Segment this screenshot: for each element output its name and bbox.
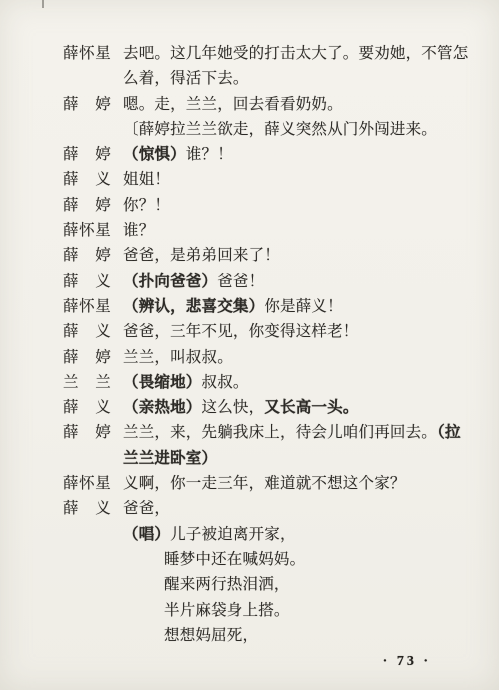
script-line: 半片麻袋身上搭。 xyxy=(63,598,463,623)
line-text: 这么快， xyxy=(202,399,265,416)
speaker-name: 薛 义 xyxy=(63,167,123,192)
dialogue-text: 义啊，你一走三年，难道就不想这个家？ xyxy=(123,471,406,496)
script-line: 薛 婷嗯。走，兰兰，回去看看奶奶。 xyxy=(63,92,463,117)
script-line: （唱）儿子被迫离开家， xyxy=(63,522,463,547)
script-line: 薛 义姐姐！ xyxy=(63,167,463,192)
speaker-name: 薛 义 xyxy=(63,319,123,344)
script-line: 薛 婷兰兰，叫叔叔。 xyxy=(63,345,463,370)
line-text: 爸爸，三年不见，你变得这样老！ xyxy=(123,323,359,340)
scanned-script-page: 薛怀星去吧。这几年她受的打击太大了。要劝她，不管怎么着，得活下去。薛 婷嗯。走，… xyxy=(0,0,499,690)
dialogue-text: （扑向爸爸）爸爸！ xyxy=(123,269,264,294)
speaker-name: 薛 义 xyxy=(63,395,123,420)
script-line: 薛 义（亲热地）这么快，又长高一头。 xyxy=(63,395,463,420)
script-line: 〔薛婷拉兰兰欲走，薛义突然从门外闯进来。 xyxy=(63,117,463,142)
stage-direction-bold-text: （扑向爸爸） xyxy=(123,273,217,290)
dialogue-text: （亲热地）这么快，又长高一头。 xyxy=(123,395,359,420)
line-text: 么着，得活下去。 xyxy=(123,70,249,87)
script-line: 薛怀星谁？ xyxy=(63,218,463,243)
speaker-name: 薛 义 xyxy=(63,496,123,521)
speaker-name: 兰 兰 xyxy=(63,370,123,395)
line-text: 兰兰，叫叔叔。 xyxy=(123,349,233,366)
stage-direction-bold-text: （唱） xyxy=(123,526,170,543)
dialogue-text: 去吧。这几年她受的打击太大了。要劝她，不管怎 xyxy=(123,41,468,66)
dialogue-text: 想想妈屈死， xyxy=(123,623,258,648)
script-line: 兰兰进卧室） xyxy=(63,446,463,471)
script-line: 薛 婷兰兰，来，先躺我床上，待会儿咱们再回去。（拉 xyxy=(63,420,463,445)
dialogue-text: 〔薛婷拉兰兰欲走，薛义突然从门外闯进来。 xyxy=(123,117,437,142)
script-line: 兰 兰（畏缩地）叔叔。 xyxy=(63,370,463,395)
stage-direction-bold-text: 兰兰进卧室） xyxy=(123,450,217,467)
stage-direction-bold-text: （亲热地） xyxy=(123,399,202,416)
dialogue-text: 兰兰，来，先躺我床上，待会儿咱们再回去。（拉 xyxy=(123,420,461,445)
line-text: 叔叔。 xyxy=(202,374,249,391)
speaker-name: 薛怀星 xyxy=(63,41,123,66)
script-line: 薛 义爸爸， xyxy=(63,496,463,521)
speaker-name: 薛怀星 xyxy=(63,218,123,243)
line-text: 半片麻袋身上搭。 xyxy=(164,602,290,619)
script-lines: 薛怀星去吧。这几年她受的打击太大了。要劝她，不管怎么着，得活下去。薛 婷嗯。走，… xyxy=(63,41,463,648)
dialogue-text: （唱）儿子被迫离开家， xyxy=(123,522,296,547)
speaker-name: 薛怀星 xyxy=(63,294,123,319)
dialogue-text: （辨认，悲喜交集）你是薛义！ xyxy=(123,294,343,319)
line-text: 谁？！ xyxy=(186,146,233,163)
dialogue-text: （畏缩地）叔叔。 xyxy=(123,370,249,395)
script-line: 薛 义（扑向爸爸）爸爸！ xyxy=(63,269,463,294)
script-line: 薛 婷（惊惧）谁？！ xyxy=(63,142,463,167)
page-number: · 73 · xyxy=(383,654,431,670)
stage-direction-bold-text: （辨认，悲喜交集） xyxy=(123,298,264,315)
line-text: 爸爸， xyxy=(123,500,170,517)
script-line: 薛怀星去吧。这几年她受的打击太大了。要劝她，不管怎 xyxy=(63,41,463,66)
stage-direction-bold-text: （惊惧） xyxy=(123,146,186,163)
dialogue-text: 爸爸， xyxy=(123,496,170,521)
script-line: 么着，得活下去。 xyxy=(63,66,463,91)
line-text: 谁？ xyxy=(123,222,154,239)
speaker-name: 薛 婷 xyxy=(63,92,123,117)
line-text: 爸爸，是弟弟回来了！ xyxy=(123,247,280,264)
line-text: 你是薛义！ xyxy=(264,298,343,315)
dialogue-text: 嗯。走，兰兰，回去看看奶奶。 xyxy=(123,92,343,117)
script-line: 薛怀星义啊，你一走三年，难道就不想这个家？ xyxy=(63,471,463,496)
speaker-name: 薛 义 xyxy=(63,269,123,294)
line-text: 〔薛婷拉兰兰欲走，薛义突然从门外闯进来。 xyxy=(123,121,437,138)
speaker-name: 薛 婷 xyxy=(63,142,123,167)
line-text: 兰兰，来，先躺我床上，待会儿咱们再回去。 xyxy=(123,424,437,441)
speaker-name: 薛 婷 xyxy=(63,420,123,445)
dialogue-text: 姐姐！ xyxy=(123,167,170,192)
scan-artifact-mark xyxy=(42,0,44,8)
dialogue-text: 爸爸，是弟弟回来了！ xyxy=(123,243,280,268)
line-text: 嗯。走，兰兰，回去看看奶奶。 xyxy=(123,96,343,113)
dialogue-text: 你？！ xyxy=(123,193,170,218)
dialogue-text: 醒来两行热泪洒， xyxy=(123,572,290,597)
stage-direction-bold-text: 又长高一头。 xyxy=(264,399,358,416)
dialogue-text: 兰兰进卧室） xyxy=(123,446,217,471)
script-line: 薛怀星（辨认，悲喜交集）你是薛义！ xyxy=(63,294,463,319)
line-text: 义啊，你一走三年，难道就不想这个家？ xyxy=(123,475,406,492)
stage-direction-bold-text: （拉 xyxy=(437,424,461,441)
line-text: 想想妈屈死， xyxy=(164,627,258,644)
script-line: 薛 婷爸爸，是弟弟回来了！ xyxy=(63,243,463,268)
script-line: 睡梦中还在喊妈妈。 xyxy=(63,547,463,572)
line-text: 你？！ xyxy=(123,197,170,214)
dialogue-text: （惊惧）谁？！ xyxy=(123,142,233,167)
stage-direction-bold-text: （畏缩地） xyxy=(123,374,202,391)
speaker-name: 薛 婷 xyxy=(63,345,123,370)
speaker-name: 薛怀星 xyxy=(63,471,123,496)
speaker-name: 薛 婷 xyxy=(63,243,123,268)
dialogue-text: 睡梦中还在喊妈妈。 xyxy=(123,547,305,572)
script-line: 薛 义爸爸，三年不见，你变得这样老！ xyxy=(63,319,463,344)
dialogue-text: 爸爸，三年不见，你变得这样老！ xyxy=(123,319,359,344)
script-line: 醒来两行热泪洒， xyxy=(63,572,463,597)
dialogue-text: 谁？ xyxy=(123,218,154,243)
script-line: 薛 婷你？！ xyxy=(63,193,463,218)
dialogue-text: 么着，得活下去。 xyxy=(123,66,249,91)
line-text: 儿子被迫离开家， xyxy=(170,526,296,543)
line-text: 姐姐！ xyxy=(123,171,170,188)
line-text: 去吧。这几年她受的打击太大了。要劝她，不管怎 xyxy=(123,45,468,62)
dialogue-text: 兰兰，叫叔叔。 xyxy=(123,345,233,370)
line-text: 睡梦中还在喊妈妈。 xyxy=(164,551,305,568)
script-line: 想想妈屈死， xyxy=(63,623,463,648)
line-text: 爸爸！ xyxy=(217,273,264,290)
speaker-name: 薛 婷 xyxy=(63,193,123,218)
dialogue-text: 半片麻袋身上搭。 xyxy=(123,598,290,623)
line-text: 醒来两行热泪洒， xyxy=(164,576,290,593)
